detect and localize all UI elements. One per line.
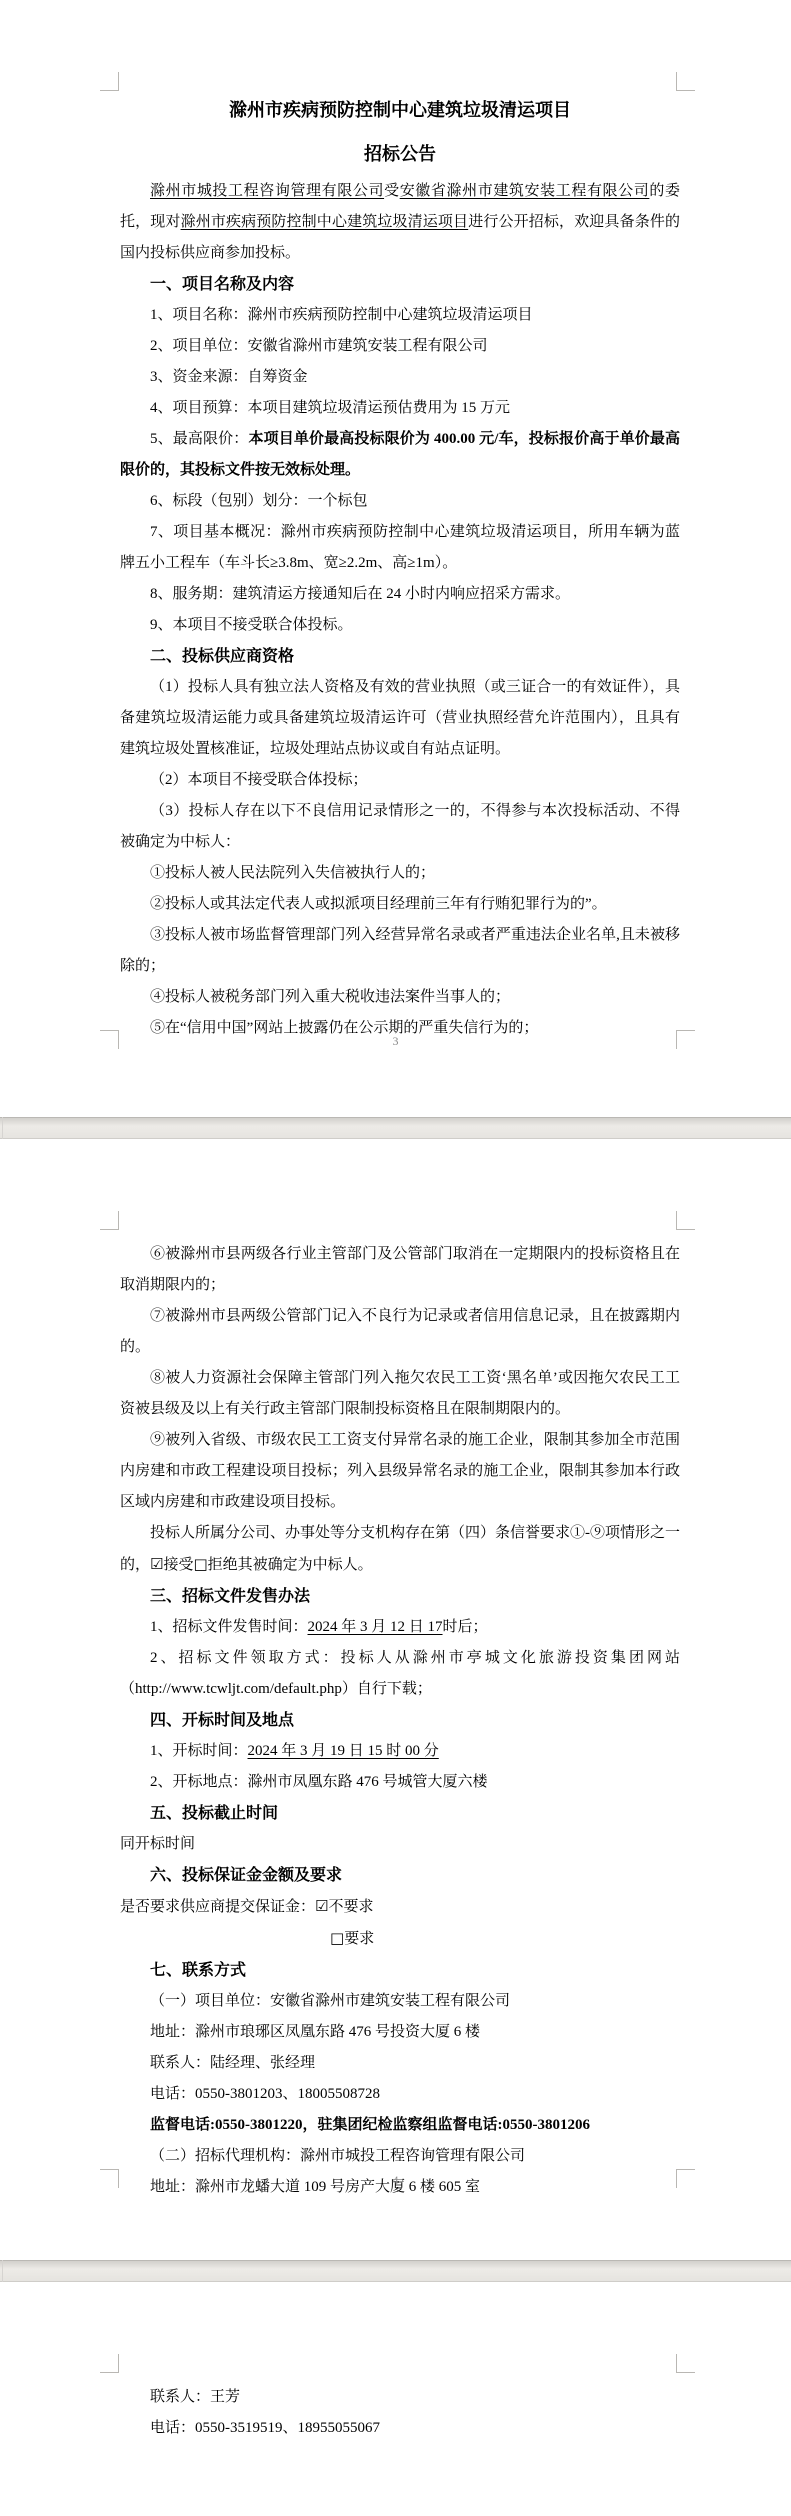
project-name: 滁州市疾病预防控制中心建筑垃圾清运项目	[181, 214, 469, 230]
item-lot-division: 6、标段（包别）划分：一个标包	[120, 486, 680, 517]
deposit-required-option: □要求	[120, 1923, 680, 1955]
margin-corner-mark	[100, 2354, 119, 2373]
contact-unit2: （二）招标代理机构：滁州市城投工程咨询管理有限公司	[120, 2141, 680, 2172]
credit-clause-6: ⑥被滁州市县两级各行业主管部门及公管部门取消在一定期限内的投标资格且在取消期限内…	[120, 1239, 680, 1301]
agency-contact-phone: 电话：0550-3519519、18955055067	[120, 2413, 680, 2444]
margin-corner-mark	[100, 1211, 119, 1230]
qualification-1: （1）投标人具有独立法人资格及有效的营业执照（或三证合一的有效证件），具备建筑垃…	[120, 672, 680, 765]
doc-sale-time: 1、招标文件发售时间：2024 年 3 月 12 日 17时后；	[120, 1612, 680, 1643]
doc-obtain-method: 2、招标文件领取方式：投标人从滁州市亭城文化旅游投资集团网站（http://ww…	[120, 1643, 680, 1705]
reject-checkbox-empty[interactable]: □	[193, 1555, 207, 1573]
item-no-consortium: 9、本项目不接受联合体投标。	[120, 610, 680, 641]
section5-heading: 五、投标截止时间	[120, 1798, 680, 1829]
section1-heading: 一、项目名称及内容	[120, 269, 680, 300]
contact-unit1-address: 地址：滁州市琅琊区凤凰东路 476 号投资大厦 6 楼	[120, 2017, 680, 2048]
item-fund-source: 3、资金来源：自筹资金	[120, 362, 680, 393]
document-title: 滁州市疾病预防控制中心建筑垃圾清运项目	[120, 88, 680, 132]
page-gap	[0, 1117, 791, 1139]
item-budget: 4、项目预算：本项目建筑垃圾清运预估费用为 15 万元	[120, 393, 680, 424]
section6-heading: 六、投标保证金金额及要求	[120, 1860, 680, 1891]
margin-corner-mark	[100, 72, 119, 91]
qualification-3: （3）投标人存在以下不良信用记录情形之一的，不得参与本次投标活动、不得被确定为中…	[120, 796, 680, 858]
intro-paragraph: 滁州市城投工程咨询管理有限公司受安徽省滁州市建筑安装工程有限公司的委托，现对滁州…	[120, 176, 680, 269]
supervision-phone: 监督电话:0550-3801220，驻集团纪检监察组监督电话:0550-3801…	[120, 2110, 680, 2141]
deposit-not-required-checkbox-checked[interactable]: ☑	[315, 1897, 328, 1915]
section2-heading: 二、投标供应商资格	[120, 641, 680, 672]
page-number-4: 4	[0, 2173, 791, 2187]
bid-open-time: 1、开标时间：2024 年 3 月 19 日 15 时 00 分	[120, 1736, 680, 1767]
bid-deadline: 同开标时间	[120, 1829, 680, 1860]
document-page-3: 联系人：王芳 电话：0550-3519519、18955055067	[0, 2282, 791, 2516]
document-page-1: 滁州市疾病预防控制中心建筑垃圾清运项目 招标公告 滁州市城投工程咨询管理有限公司…	[0, 0, 791, 1117]
contact-unit1-person: 联系人：陆经理、张经理	[120, 2048, 680, 2079]
document-viewer: 滁州市疾病预防控制中心建筑垃圾清运项目 招标公告 滁州市城投工程咨询管理有限公司…	[0, 0, 791, 2516]
agency-name: 滁州市城投工程咨询管理有限公司	[150, 183, 384, 199]
branch-clause: 投标人所属分公司、办事处等分支机构存在第（四）条信誉要求①-⑨项情形之一的，☑接…	[120, 1518, 680, 1581]
section7-heading: 七、联系方式	[120, 1955, 680, 1986]
agency-contact-person: 联系人：王芳	[120, 2382, 680, 2413]
document-subtitle: 招标公告	[120, 132, 680, 176]
owner-name: 安徽省滁州市建筑安装工程有限公司	[400, 183, 650, 199]
item-project-unit: 2、项目单位：安徽省滁州市建筑安装工程有限公司	[120, 331, 680, 362]
page-number-3: 3	[0, 1034, 791, 1048]
margin-corner-mark	[676, 2354, 695, 2373]
deposit-required-checkbox-empty[interactable]: □	[330, 1929, 344, 1947]
credit-clause-7: ⑦被滁州市县两级公管部门记入不良行为记录或者信用信息记录，且在披露期内的。	[120, 1301, 680, 1363]
credit-clause-4: ④投标人被税务部门列入重大税收违法案件当事人的；	[120, 982, 680, 1013]
item-project-overview: 7、项目基本概况：滁州市疾病预防控制中心建筑垃圾清运项目，所用车辆为蓝牌五小工程…	[120, 517, 680, 579]
item-price-cap: 5、最高限价：本项目单价最高投标限价为 400.00 元/车，投标报价高于单价最…	[120, 424, 680, 486]
contact-unit1-phone: 电话：0550-3801203、18005508728	[120, 2079, 680, 2110]
page-gap	[0, 2260, 791, 2282]
accept-checkbox-checked[interactable]: ☑	[150, 1555, 163, 1573]
credit-clause-8: ⑧被人力资源社会保障主管部门列入拖欠农民工工资‘黑名单’或因拖欠农民工工资被县级…	[120, 1363, 680, 1425]
margin-corner-mark	[676, 1211, 695, 1230]
bid-open-place: 2、开标地点：滁州市凤凰东路 476 号城管大厦六楼	[120, 1767, 680, 1798]
doc-sale-date: 2024 年 3 月 12 日 17	[308, 1619, 443, 1635]
credit-clause-3: ③投标人被市场监督管理部门列入经营异常名录或者严重违法企业名单,且未被移除的；	[120, 920, 680, 982]
deposit-question: 是否要求供应商提交保证金：☑不要求	[120, 1891, 680, 1923]
section4-heading: 四、开标时间及地点	[120, 1705, 680, 1736]
item-project-name: 1、项目名称：滁州市疾病预防控制中心建筑垃圾清运项目	[120, 300, 680, 331]
bid-open-date: 2024 年 3 月 19 日 15 时 00 分	[248, 1743, 439, 1759]
item-service-period: 8、服务期：建筑清运方接通知后在 24 小时内响应招采方需求。	[120, 579, 680, 610]
credit-clause-1: ①投标人被人民法院列入失信被执行人的；	[120, 858, 680, 889]
qualification-2: （2）本项目不接受联合体投标；	[120, 765, 680, 796]
credit-clause-2: ②投标人或其法定代表人或拟派项目经理前三年有行贿犯罪行为的”。	[120, 889, 680, 920]
document-page-2: ⑥被滁州市县两级各行业主管部门及公管部门取消在一定期限内的投标资格且在取消期限内…	[0, 1139, 791, 2260]
contact-unit1: （一）项目单位：安徽省滁州市建筑安装工程有限公司	[120, 1986, 680, 2017]
credit-clause-9: ⑨被列入省级、市级农民工工资支付异常名录的施工企业，限制其参加全市范围内房建和市…	[120, 1425, 680, 1518]
section3-heading: 三、招标文件发售办法	[120, 1581, 680, 1612]
margin-corner-mark	[676, 72, 695, 91]
